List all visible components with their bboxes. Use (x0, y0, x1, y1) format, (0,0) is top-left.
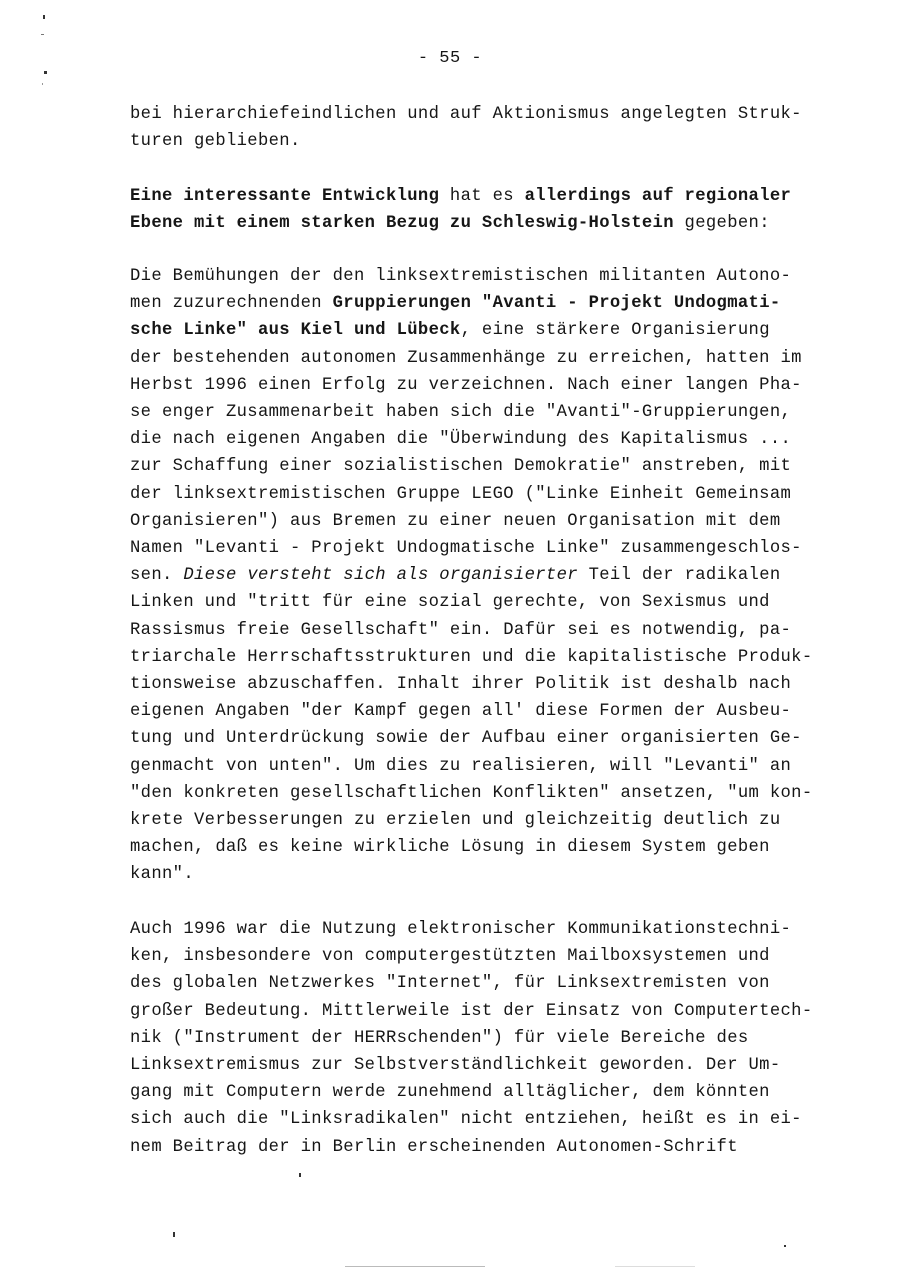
text-run: Linken und "tritt für eine sozial gerech… (130, 593, 770, 612)
text-run: "den konkreten gesellschaftlichen Konfli… (130, 784, 813, 803)
text-line: der bestehenden autonomen Zusammenhänge … (130, 349, 802, 369)
text-line: kann". (130, 865, 194, 885)
text-line: gang mit Computern werde zunehmend alltä… (130, 1083, 770, 1103)
italic-text: Diese versteht sich als (183, 566, 428, 585)
text-run: nem Beitrag der in Berlin erscheinenden … (130, 1138, 738, 1157)
text-line: die nach eigenen Angaben die "Überwindun… (130, 430, 791, 450)
text-line: nik ("Instrument der HERRschenden") für … (130, 1029, 749, 1049)
text-line: Linksextremismus zur Selbstverständlichk… (130, 1056, 781, 1076)
text-run: gang mit Computern werde zunehmend alltä… (130, 1083, 770, 1102)
text-line: Rassismus freie Gesellschaft" ein. Dafür… (130, 621, 791, 641)
text-run: Die Bemühungen der den linksextremistisc… (130, 267, 791, 286)
bold-text: Gruppierungen "Avanti - Projekt Undogmat… (333, 294, 781, 313)
text-line: des globalen Netzwerkes "Internet", für … (130, 974, 770, 994)
text-run: sen. (130, 566, 183, 585)
bold-text: allerdings auf regionaler (525, 187, 792, 206)
scan-speck (173, 1232, 175, 1237)
text-run (429, 566, 440, 585)
scan-edge-noise (345, 1266, 485, 1267)
text-run: Teil der radikalen (578, 566, 781, 585)
text-run: tionsweise abzuschaffen. Inhalt ihrer Po… (130, 675, 791, 694)
text-line: eigenen Angaben "der Kampf gegen all' di… (130, 702, 791, 722)
text-run: der linksextremistischen Gruppe LEGO ("L… (130, 485, 791, 504)
text-run: hat es (439, 187, 524, 206)
text-run: triarchale Herrschaftsstrukturen und die… (130, 648, 813, 667)
italic-text: organisierter (439, 566, 578, 585)
text-line: krete Verbesserungen zu erzielen und gle… (130, 811, 781, 831)
text-run: Namen "Levanti - Projekt Undogmatische L… (130, 539, 802, 558)
text-run: Organisieren") aus Bremen zu einer neuen… (130, 512, 781, 531)
text-line: sich auch die "Linksradikalen" nicht ent… (130, 1110, 802, 1130)
text-line: zur Schaffung einer sozialistischen Demo… (130, 457, 791, 477)
text-run: se enger Zusammenarbeit haben sich die "… (130, 403, 791, 422)
text-run: Rassismus freie Gesellschaft" ein. Dafür… (130, 621, 791, 640)
text-line: großer Bedeutung. Mittlerweile ist der E… (130, 1002, 813, 1022)
text-line: Eine interessante Entwicklung hat es all… (130, 187, 791, 207)
text-run: ken, insbesondere von computergestützten… (130, 947, 770, 966)
text-line: nem Beitrag der in Berlin erscheinenden … (130, 1138, 738, 1158)
text-run: machen, daß es keine wirkliche Lösung in… (130, 838, 770, 857)
text-run: turen geblieben. (130, 132, 301, 151)
text-run: der bestehenden autonomen Zusammenhänge … (130, 349, 802, 368)
text-run: die nach eigenen Angaben die "Überwindun… (130, 430, 791, 449)
text-line: Namen "Levanti - Projekt Undogmatische L… (130, 539, 802, 559)
text-run: gegeben: (674, 214, 770, 233)
scan-speck (42, 83, 43, 85)
text-run: genmacht von unten". Um dies zu realisie… (130, 757, 791, 776)
text-line: men zuzurechnenden Gruppierungen "Avanti… (130, 294, 781, 314)
text-line: sche Linke" aus Kiel und Lübeck, eine st… (130, 321, 770, 341)
text-line: Herbst 1996 einen Erfolg zu verzeichnen.… (130, 376, 802, 396)
text-line: der linksextremistischen Gruppe LEGO ("L… (130, 485, 791, 505)
text-line: Linken und "tritt für eine sozial gerech… (130, 593, 770, 613)
text-line: tung und Unterdrückung sowie der Aufbau … (130, 729, 802, 749)
text-run: kann". (130, 865, 194, 884)
text-line: se enger Zusammenarbeit haben sich die "… (130, 403, 791, 423)
text-line: Die Bemühungen der den linksextremistisc… (130, 267, 791, 287)
text-line: turen geblieben. (130, 132, 301, 152)
text-run: Herbst 1996 einen Erfolg zu verzeichnen.… (130, 376, 802, 395)
text-run: tung und Unterdrückung sowie der Aufbau … (130, 729, 802, 748)
text-line: Organisieren") aus Bremen zu einer neuen… (130, 512, 781, 532)
text-line: genmacht von unten". Um dies zu realisie… (130, 757, 791, 777)
text-run: Auch 1996 war die Nutzung elektronischer… (130, 920, 791, 939)
text-line: machen, daß es keine wirkliche Lösung in… (130, 838, 770, 858)
bold-text: Eine interessante Entwicklung (130, 187, 439, 206)
text-run: men zuzurechnenden (130, 294, 333, 313)
text-line: triarchale Herrschaftsstrukturen und die… (130, 648, 813, 668)
scan-edge-noise (615, 1266, 695, 1267)
text-run: zur Schaffung einer sozialistischen Demo… (130, 457, 791, 476)
text-run: eigenen Angaben "der Kampf gegen all' di… (130, 702, 791, 721)
text-run: bei hierarchiefeindlichen und auf Aktion… (130, 105, 802, 124)
scan-speck (44, 71, 47, 74)
text-line: ken, insbesondere von computergestützten… (130, 947, 770, 967)
document-page: - 55 - bei hierarchiefeindlichen und auf… (0, 0, 900, 1273)
text-run: Linksextremismus zur Selbstverständlichk… (130, 1056, 781, 1075)
text-line: Ebene mit einem starken Bezug zu Schlesw… (130, 214, 770, 234)
scan-speck (299, 1173, 301, 1177)
text-run: nik ("Instrument der HERRschenden") für … (130, 1029, 749, 1048)
text-line: tionsweise abzuschaffen. Inhalt ihrer Po… (130, 675, 791, 695)
scan-speck (784, 1245, 786, 1247)
text-line: sen. Diese versteht sich als organisiert… (130, 566, 781, 586)
text-run: des globalen Netzwerkes "Internet", für … (130, 974, 770, 993)
text-run: sich auch die "Linksradikalen" nicht ent… (130, 1110, 802, 1129)
text-run: krete Verbesserungen zu erzielen und gle… (130, 811, 781, 830)
bold-text: Ebene mit einem starken Bezug zu Schlesw… (130, 214, 674, 233)
scan-speck (43, 15, 45, 19)
bold-text: sche Linke" aus Kiel und Lübeck (130, 321, 461, 340)
scan-speck (41, 34, 44, 35)
page-number: - 55 - (0, 49, 900, 68)
text-line: Auch 1996 war die Nutzung elektronischer… (130, 920, 791, 940)
text-run: , eine stärkere Organisierung (461, 321, 770, 340)
text-run: großer Bedeutung. Mittlerweile ist der E… (130, 1002, 813, 1021)
text-line: bei hierarchiefeindlichen und auf Aktion… (130, 105, 802, 125)
text-line: "den konkreten gesellschaftlichen Konfli… (130, 784, 813, 804)
